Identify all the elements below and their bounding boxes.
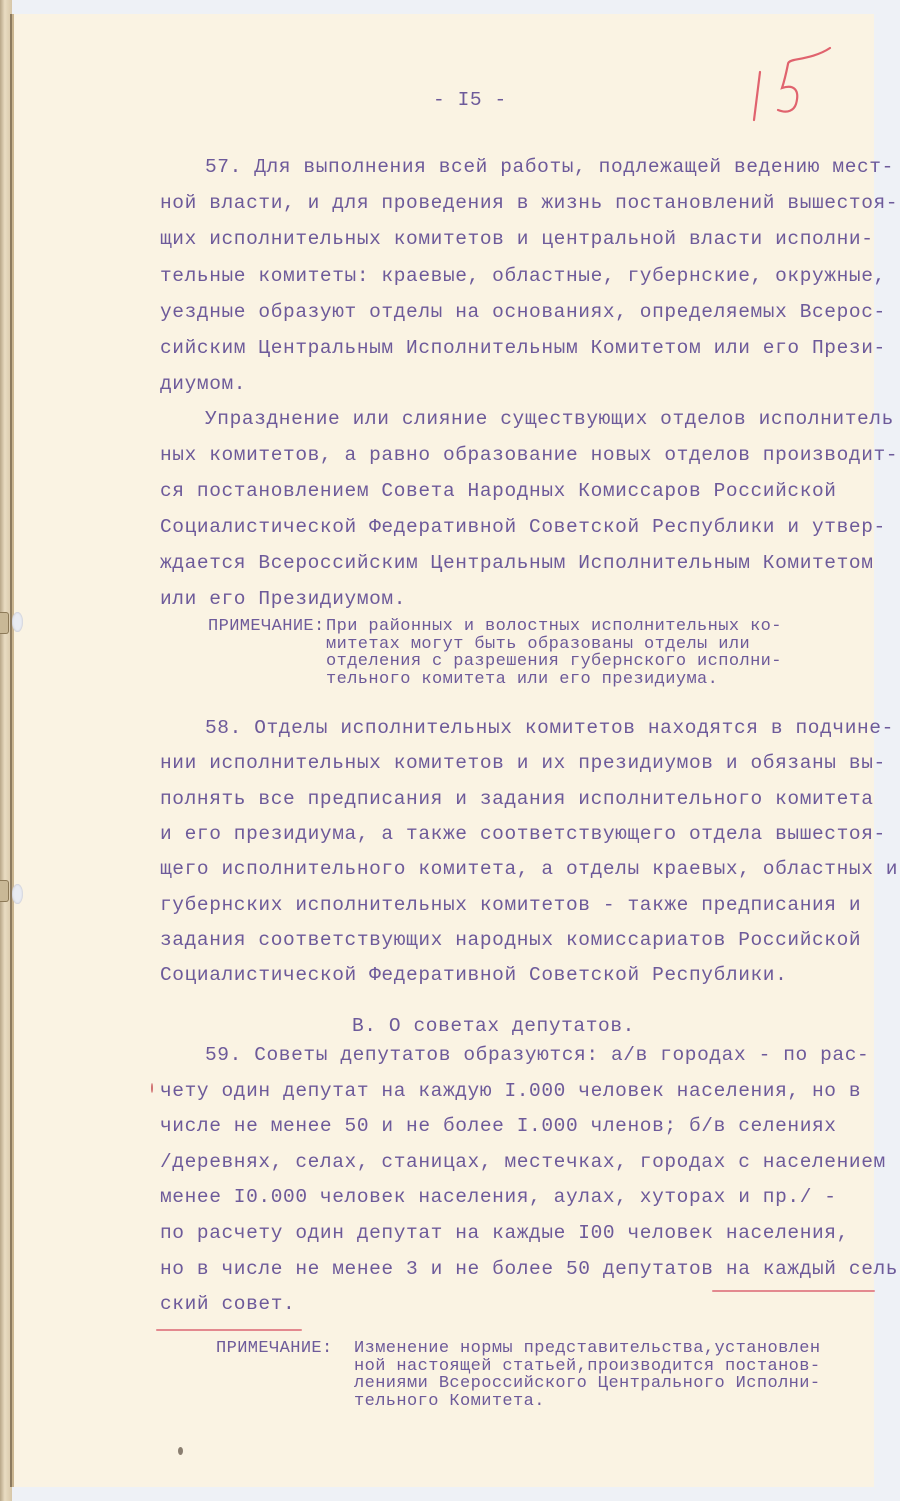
text-line: ский совет. [160,1295,295,1315]
pencil-underline [712,1290,875,1292]
text-line: и его президиума, а также соответствующе… [160,825,886,845]
text-line: ных комитетов, а равно образование новых… [160,446,898,466]
text-line: задания соответствующих народных комисса… [160,931,861,951]
text-line: диумом. [160,375,246,395]
text-line: При районных и волостных исполнительных … [326,618,782,635]
text-line: ся постановлением Совета Народных Комисс… [160,482,837,502]
note-label: ПРИМЕЧАНИЕ: [208,618,325,635]
text-line: щих исполнительных комитетов и центральн… [160,230,874,250]
text-line: или его Президиумом. [160,590,406,610]
text-line: лениями Всероссийского Центрального Испо… [354,1375,820,1392]
note-label: ПРИМЕЧАНИЕ: [216,1340,333,1357]
text-line: тельного комитета или его президиума. [326,671,718,688]
text-line: 59. Советы депутатов образуются: а/в гор… [205,1046,869,1066]
text-line: но в числе не менее 3 и не более 50 депу… [160,1260,898,1280]
text-line: Упразднение или слияние существующих отд… [205,410,894,430]
text-line: сийским Центральным Исполнительным Комит… [160,339,886,359]
svg-text:15: 15 [752,44,771,49]
punch-hole [12,612,23,632]
text-line: числе не менее 50 и не более I.000 члено… [160,1117,837,1137]
text-line: Социалистической Федеративной Советской … [160,966,787,986]
pencil-mark [151,1083,153,1093]
text-line: уездные образуют отделы на основаниях, о… [160,303,886,323]
text-line: ждается Всероссийским Центральным Исполн… [160,554,874,574]
typed-page-number: - I5 - [433,91,507,111]
text-line: митетах могут быть образованы отделы или [326,636,750,653]
handwritten-folio-number: 15 [752,44,842,126]
paper-spot [178,1447,183,1455]
text-line: чету один депутат на каждую I.000 челове… [160,1082,861,1102]
punch-hole [12,884,23,904]
binding-tab [0,612,9,634]
text-line: ной власти, и для проведения в жизнь пос… [160,194,898,214]
text-line: менее I0.000 человек населения, аулах, х… [160,1188,837,1208]
text-line: щего исполнительного комитета, а отделы … [160,860,898,880]
text-line: 57. Для выполнения всей работы, подлежащ… [205,158,894,178]
text-line: 58. Отделы исполнительных комитетов нахо… [205,719,894,739]
pencil-underline [156,1329,302,1331]
text-line: тельного Комитета. [354,1393,545,1410]
text-line: Социалистической Федеративной Советской … [160,518,886,538]
text-line: полнять все предписания и задания исполн… [160,790,874,810]
text-line: /деревнях, селах, станицах, местечках, г… [160,1153,886,1173]
text-line: Изменение нормы представительства,устано… [354,1340,820,1357]
binding-tab [0,880,9,902]
text-line: по расчету один депутат на каждые I00 че… [160,1224,849,1244]
section-heading: В. О советах депутатов. [352,1017,635,1037]
text-line: нии исполнительных комитетов и их презид… [160,754,886,774]
text-line: тельные комитеты: краевые, областные, гу… [160,267,886,287]
text-line: отделения с разрешения губернского испол… [326,653,782,670]
text-line: ной настоящей статьей,производится поста… [354,1358,820,1375]
text-line: губернских исполнительных комитетов - та… [160,896,861,916]
